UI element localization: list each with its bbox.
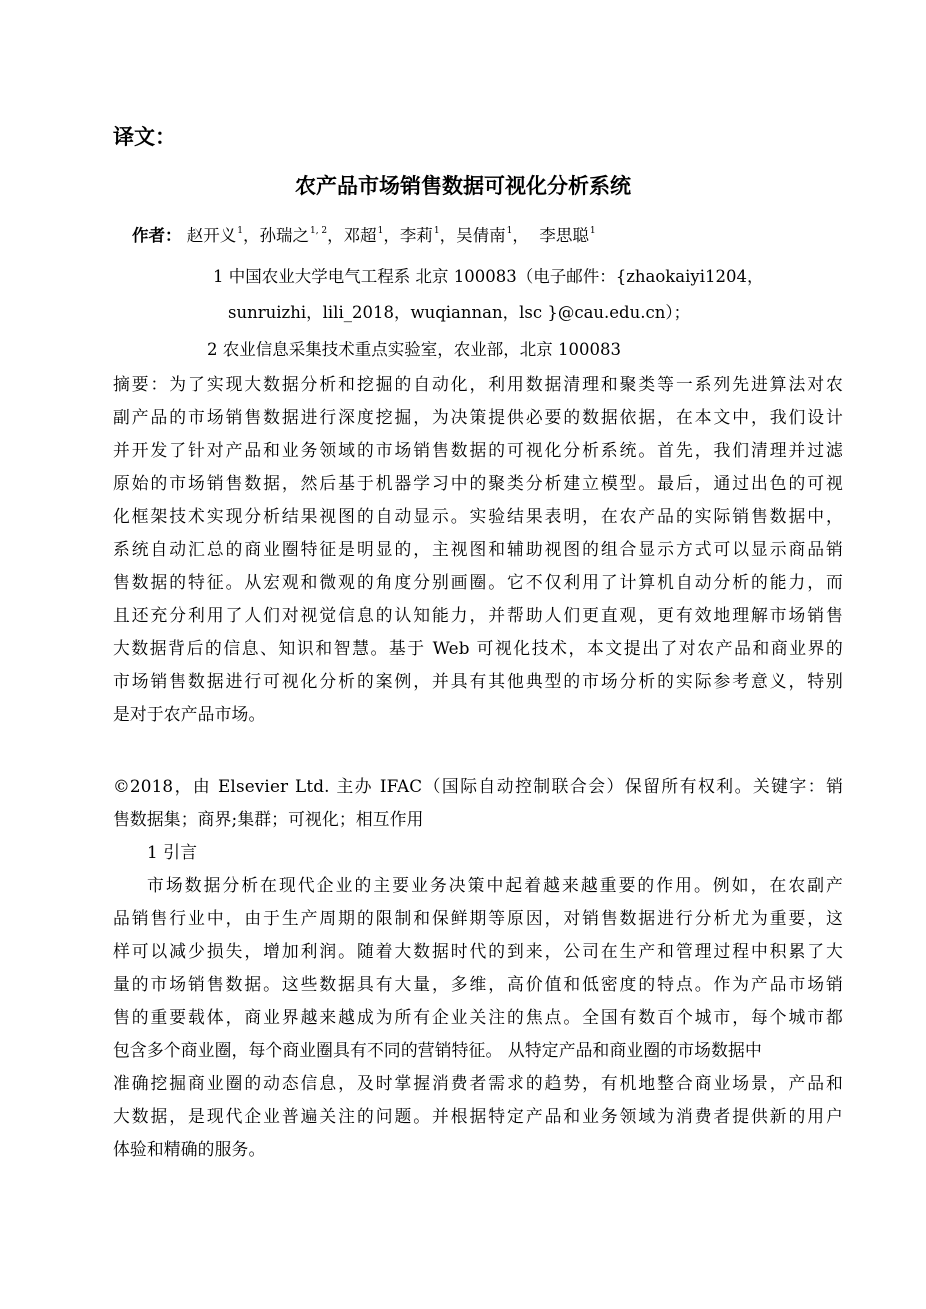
abstract-line: 原始的市场销售数据，然后基于机器学习中的聚类分析建立模型。最后，通过出色的可视 — [113, 467, 843, 500]
author-name: 赵开义 — [187, 226, 237, 245]
paper-title: 农产品市场销售数据可视化分析系统 — [0, 170, 926, 200]
abstract-line: 并开发了针对产品和业务领域的市场销售数据的可视化分析系统。首先，我们清理并过滤 — [113, 434, 843, 467]
copyright-keywords: ©2018，由 Elsevier Ltd. 主办 IFAC（国际自动控制联合会）… — [113, 770, 843, 836]
abstract-line: 且还充分利用了人们对视觉信息的认知能力，并帮助人们更直观，更有效地理解市场销售 — [113, 599, 843, 632]
intro-line: 品销售行业中，由于生产周期的限制和保鲜期等原因，对销售数据进行分析尤为重要，这 — [113, 902, 843, 935]
affiliation-2: 2 农业信息采集技术重点实验室，农业部，北京 100083 — [207, 336, 621, 360]
author-separator: ， — [512, 226, 529, 245]
section-heading: 1 引言 — [113, 836, 843, 869]
intro-line: 体验和精确的服务。 — [113, 1133, 843, 1166]
authors-lead-label: 作者： — [132, 226, 182, 245]
author-separator: ， — [327, 226, 344, 245]
author-name: 邓超 — [344, 226, 377, 245]
keywords-line: 售数据集；商界;集群；可视化；相互作用 — [113, 803, 843, 836]
author-line: 作者： 赵开义1，孙瑞之1, 2，邓超1，李莉1，吴倩南1， 李思聪1 — [132, 222, 596, 246]
intro-line: 大数据，是现代企业普遍关注的问题。并根据特定产品和业务领域为消费者提供新的用户 — [113, 1100, 843, 1133]
document-page: 译文： 农产品市场销售数据可视化分析系统 作者： 赵开义1，孙瑞之1, 2，邓超… — [0, 0, 926, 1309]
abstract-line: 市场销售数据进行可视化分析的案例，并具有其他典型的市场分析的实际参考意义，特别 — [113, 665, 843, 698]
author-separator: ， — [243, 226, 260, 245]
intro-line: 包含多个商业圈，每个商业圈具有不同的营销特征。 从特定产品和商业圈的市场数据中 — [113, 1034, 843, 1067]
author-name: 吴倩南 — [456, 226, 506, 245]
abstract: 摘要：为了实现大数据分析和挖掘的自动化，利用数据清理和聚类等一系列先进算法对农 … — [113, 368, 843, 731]
section-heading-block: 1 引言 — [113, 836, 843, 869]
author-name: 李思聪 — [539, 226, 589, 245]
intro-line: 市场数据分析在现代企业的主要业务决策中起着越来越重要的作用。例如，在农副产 — [113, 869, 843, 902]
abstract-line: 副产品的市场销售数据进行深度挖掘，为决策提供必要的数据依据，在本文中，我们设计 — [113, 401, 843, 434]
author-affiliation-mark: 1, 2 — [310, 226, 327, 236]
intro-line: 准确挖掘商业圈的动态信息，及时掌握消费者需求的趋势，有机地整合商业场景，产品和 — [113, 1067, 843, 1100]
translation-label: 译文： — [113, 121, 176, 151]
abstract-line: 是对于农产品市场。 — [113, 698, 843, 731]
author-separator: ， — [383, 226, 400, 245]
introduction: 市场数据分析在现代企业的主要业务决策中起着越来越重要的作用。例如，在农副产 品销… — [113, 869, 843, 1166]
author-affiliation-mark: 1 — [590, 226, 596, 236]
author-separator: ， — [440, 226, 457, 245]
abstract-line: 化框架技术实现分析结果视图的自动显示。实验结果表明，在农产品的实际销售数据中， — [113, 500, 843, 533]
abstract-line: 系统自动汇总的商业圈特征是明显的，主视图和辅助视图的组合显示方式可以显示商品销 — [113, 533, 843, 566]
affiliation-1: 1 中国农业大学电气工程系 北京 100083（电子邮件：{zhaokaiyi1… — [213, 263, 764, 287]
copyright-line: ©2018，由 Elsevier Ltd. 主办 IFAC（国际自动控制联合会）… — [113, 770, 843, 803]
intro-line: 售的重要载体，商业界越来越成为所有企业关注的焦点。全国有数百个城市，每个城市都 — [113, 1001, 843, 1034]
affiliation-1-emails: sunruizhi，lili_2018，wuqiannan，lsc }@cau.… — [228, 299, 690, 323]
intro-line: 量的市场销售数据。这些数据具有大量，多维，高价值和低密度的特点。作为产品市场销 — [113, 968, 843, 1001]
abstract-line: 售数据的特征。从宏观和微观的角度分别画圈。它不仅利用了计算机自动分析的能力，而 — [113, 566, 843, 599]
author-name: 李莉 — [400, 226, 433, 245]
author-name: 孙瑞之 — [259, 226, 309, 245]
intro-line: 样可以减少损失，增加利润。随着大数据时代的到来，公司在生产和管理过程中积累了大 — [113, 935, 843, 968]
abstract-line: 摘要：为了实现大数据分析和挖掘的自动化，利用数据清理和聚类等一系列先进算法对农 — [113, 368, 843, 401]
abstract-line: 大数据背后的信息、知识和智慧。基于 Web 可视化技术，本文提出了对农产品和商业… — [113, 632, 843, 665]
